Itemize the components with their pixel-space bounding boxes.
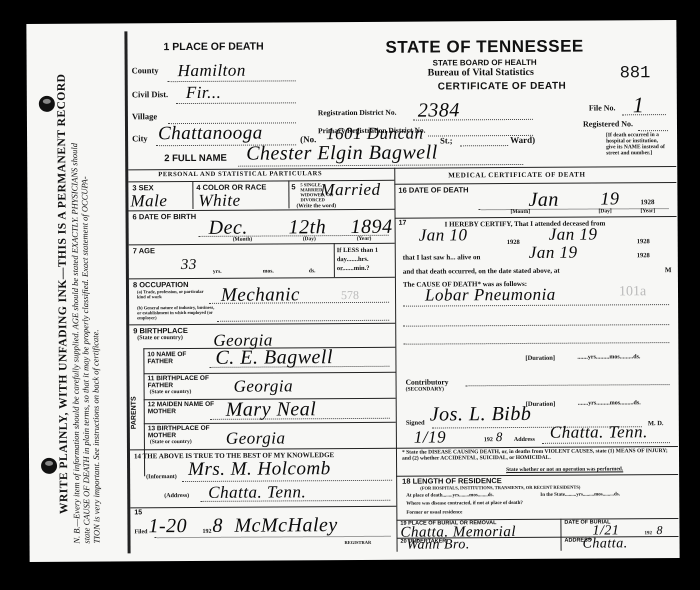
side-margin-instructions: WRITE PLAINLY, WITH UNFADING INK—THIS IS… [56,44,101,544]
state-title: STATE OF TENNESSEE [385,37,583,58]
certificate-number: 881 [620,64,651,83]
filed-date-value: 1-20 [148,515,187,538]
age-years-value: 33 [181,257,197,274]
physician-signature: Jos. L. Bibb [430,403,532,427]
occupation-value: Mechanic [221,284,300,306]
parents-label: PARENTS [131,396,138,429]
cause-code: 101a [619,284,646,300]
dod-year-value: 1928 [640,198,654,206]
race-value: White [198,191,240,211]
last-saw-value: Jan 19 [529,243,578,263]
sex-value: Male [130,191,167,211]
cause-footnote: * State the DISEASE CAUSING DEATH, or, i… [402,448,670,462]
dod-day-value: 19 [600,188,619,209]
full-name-label: 2 FULL NAME [164,153,227,164]
county-value: Hamilton [178,61,246,81]
certificate-form: 1 PLACE OF DEATH STATE OF TENNESSEE STAT… [124,28,678,553]
punch-hole [39,96,55,112]
undertaker-address-value: Chatta. [583,536,628,552]
mother-name-value: Mary Neal [226,398,317,422]
medical-section-title: MEDICAL CERTIFICATE OF DEATH [448,171,585,180]
personal-section-title: PERSONAL AND STATISTICAL PARTICULARS [158,170,322,178]
death-certificate: WRITE PLAINLY, WITH UNFADING INK—THIS IS… [26,20,679,562]
physician-address-value: Chatta. Tenn. [550,422,648,443]
signed-date-value: 1/19 [414,427,446,447]
file-number-value: 1 [633,92,645,118]
mother-birthplace-value: Georgia [226,428,286,448]
place-of-death-label: 1 PLACE OF DEATH [163,41,263,54]
father-birthplace-value: Georgia [234,376,294,396]
dod-month-value: Jan [528,189,559,212]
registrar-signature: McMcHaley [234,514,337,538]
side-heading: WRITE PLAINLY, WITH UNFADING INK—THIS IS… [56,44,69,544]
occupation-code: 578 [341,288,359,303]
bureau-title: Bureau of Vital Statistics [428,67,534,79]
informant-address-value: Chatta. Tenn. [208,482,306,503]
informant-value: Mrs. M. Holcomb [188,458,331,481]
attended-from-value: Jan 10 [419,225,468,245]
civil-district-value: Fir... [186,83,222,103]
full-name-value: Chester Elgin Bagwell [246,141,438,165]
punch-hole [41,458,57,474]
certificate-title: CERTIFICATE OF DEATH [438,81,567,93]
hospital-note: [If death occurred in a hospital or inst… [606,132,668,156]
cause-value: Lobar Pneumonia [425,285,556,306]
father-name-value: C. E. Bagwell [215,346,333,370]
registration-district-value: 2384 [418,99,460,122]
undertaker-value: Wann Bro. [407,537,470,553]
marital-status-value: Married [320,180,380,200]
